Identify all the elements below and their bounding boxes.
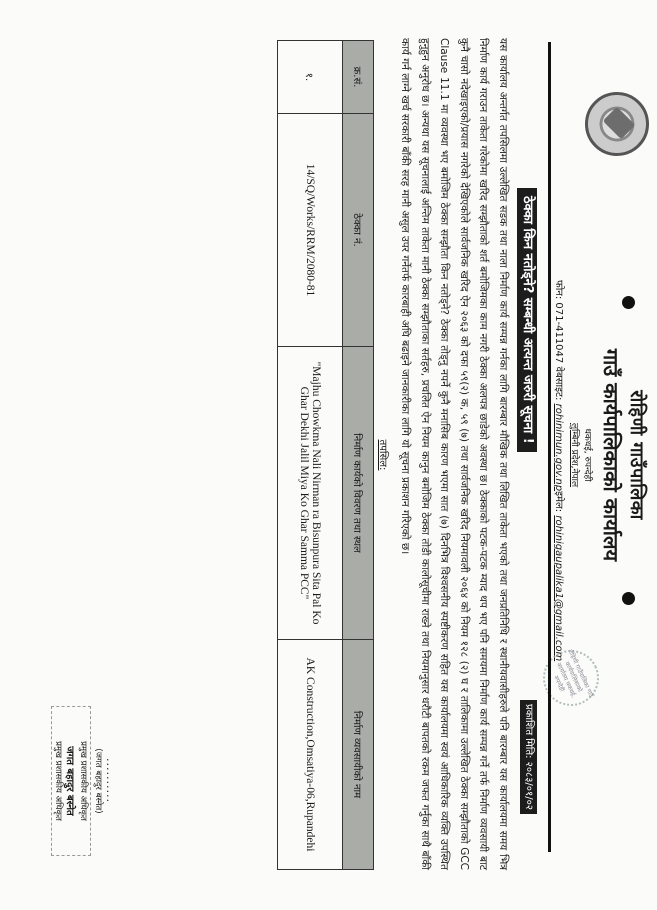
signatory-name: (जगत बहादुर बस्नेत) [93,706,104,856]
notice-document: रोहिणी गाउँपालिका गाउँ कार्यपालिकाको कार… [0,0,657,910]
published-date: प्रकाशित मिति: २०८३/०१/०२ [520,700,537,814]
notice-body: यस कार्यालय अन्तर्गत तपसिलमा उल्लेखित सड… [394,38,512,870]
phone: फोन: 071-411047 [553,280,564,363]
table-row: १. 14/SQ/Works/RRM/2080-81 "Majhu Chowkm… [278,41,343,870]
website-link[interactable]: rohinimun.gov.np [553,404,564,492]
office-name: गाउँ कार्यपालिकाको कार्यालय [598,0,625,910]
col-header-contractor: निर्माण व्यवसायीको नाम [343,640,374,870]
website-label: वेबसाइट: [553,366,564,400]
cell-contractor: AK Construction,Omsatiya-06,Rupandehi [278,640,343,870]
stamp-designation-top: प्रमुख प्रशासकीय अधिकृत [78,709,89,853]
signature-block: .......... (जगत बहादुर बस्नेत) प्रमुख प्… [51,706,117,856]
address-line2: लुम्बिनी प्रदेश,नेपाल [569,0,582,910]
signature-dots: .......... [104,706,117,856]
annex-label: तपसिल: [377,0,391,910]
header-divider [548,42,551,852]
table-header-row: क्र.सं. ठेक्का नं. निर्माण कार्यको विवरण… [343,41,374,870]
signatory-stamp: प्रमुख प्रशासकीय अधिकृत जगत बहादुर बस्ने… [51,706,91,856]
col-header-sn: क्र.सं. [343,41,374,114]
stamp-designation: प्रमुख प्रशासकीय अधिकृत [53,709,64,853]
notice-title: ठेक्का किन नतोड्ने? सम्बन्धी अत्यन्त जरु… [517,188,537,452]
cell-description: "Majhu Chowkma Nali Nirman ra Bisunpura … [278,347,343,640]
contact-line: फोन: 071-411047 वेबसाइट: rohinimun.gov.n… [553,280,567,661]
letterhead: रोहिणी गाउँपालिका गाउँ कार्यपालिकाको कार… [542,0,657,910]
col-header-description: निर्माण कार्यको विवरण तथा स्थल [343,347,374,640]
address-line1: धकधई, रुपन्देही [582,0,595,910]
works-table: क्र.सं. ठेक्का नं. निर्माण कार्यको विवरण… [277,40,374,870]
col-header-contract-no: ठेक्का नं. [343,114,374,347]
email-label: इमेल: [553,491,564,512]
stamp-name: जगत बहादुर बस्नेत [64,709,78,853]
cell-contract-no: 14/SQ/Works/RRM/2080-81 [278,114,343,347]
cell-sn: १. [278,41,343,114]
org-name: रोहिणी गाउँपालिका [625,0,649,910]
email-link[interactable]: rohinigaupalika1@gmail.com [553,515,564,661]
